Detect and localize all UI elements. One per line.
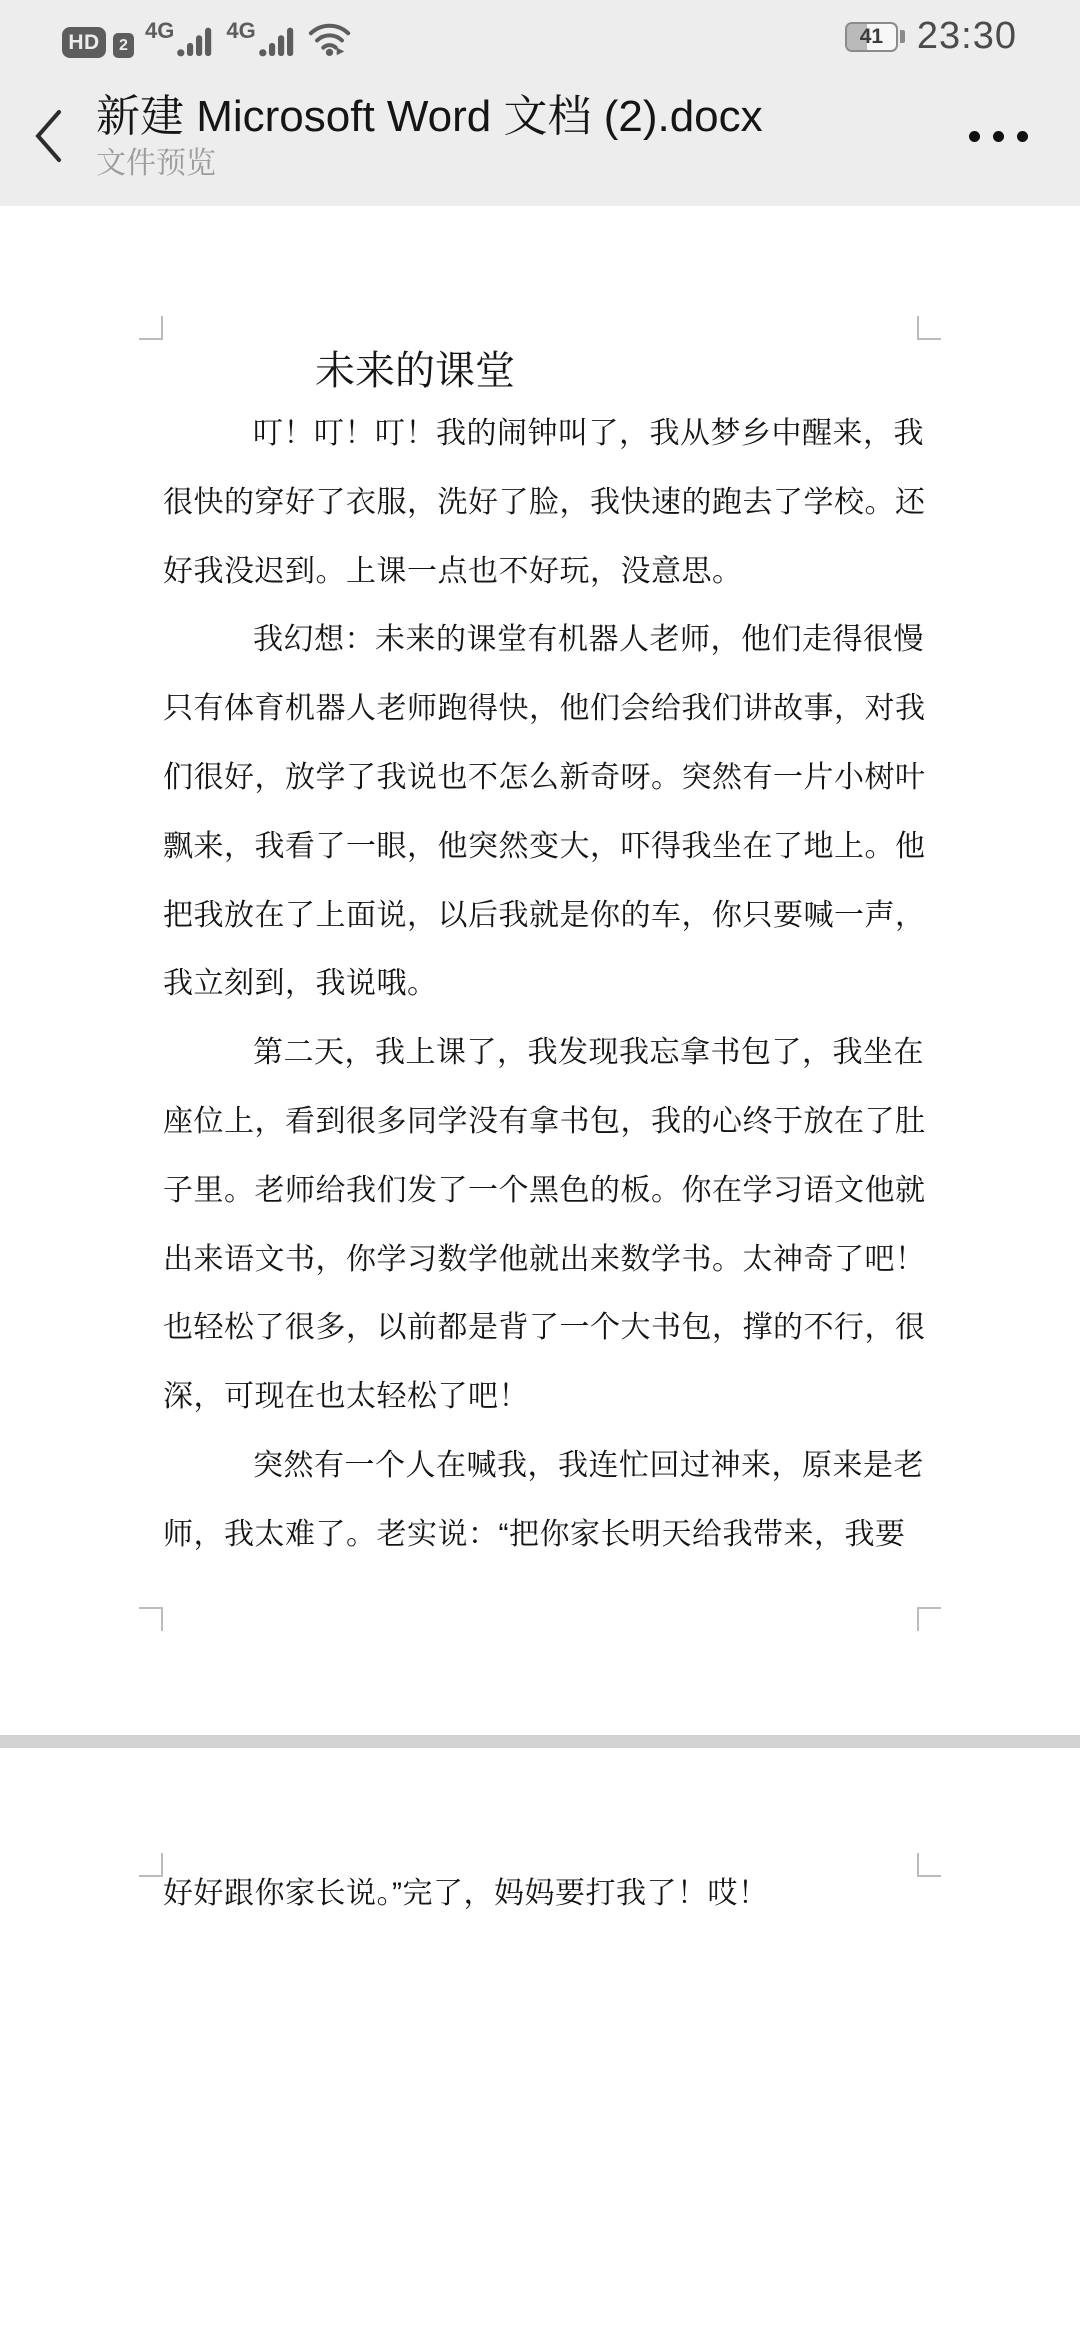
signal-bars-icon	[177, 22, 215, 58]
status-bar-left: HD 2 4G 4G	[62, 20, 352, 58]
doc-line: 们很好，放学了我说也不怎么新奇呀。突然有一片小树叶	[163, 744, 923, 813]
page1: 未来的课堂 叮！叮！叮！我的闹钟叫了，我从梦乡中醒来，我 很快的穿好了衣服，洗好…	[163, 342, 923, 1570]
page-separator	[0, 1735, 1080, 1748]
back-button[interactable]	[0, 66, 96, 206]
network-type-label: 4G	[145, 18, 174, 44]
page2: 好好跟你家长说。”完了，妈妈要打我了！哎！	[163, 1868, 923, 1920]
doc-line: 只有体育机器人老师跑得快，他们会给我们讲故事，对我	[163, 675, 923, 744]
back-chevron-icon	[31, 107, 65, 165]
phone-screen: { "status_bar": { "hd_label": "HD", "hd_…	[0, 0, 1080, 2340]
doc-line: 子里。老师给我们发了一个黑色的板。你在学习语文他就	[163, 1157, 923, 1226]
more-options-icon	[969, 131, 980, 142]
doc-line: 飘来，我看了一眼，他突然变大，吓得我坐在了地上。他	[163, 813, 923, 882]
status-bar: HD 2 4G 4G	[0, 0, 1080, 66]
battery-nub	[900, 30, 905, 43]
doc-line: 很快的穿好了衣服，洗好了脸，我快速的跑去了学校。还	[163, 469, 923, 538]
wifi-icon	[308, 20, 352, 58]
network-sim2: 4G	[226, 22, 296, 58]
more-options-icon	[1017, 131, 1028, 142]
page2-lines: 好好跟你家长说。”完了，妈妈要打我了！哎！	[163, 1868, 923, 1920]
network-type-label: 4G	[226, 18, 255, 44]
doc-line: 师，我太难了。老实说：“把你家长明天给我带来，我要	[163, 1501, 923, 1570]
doc-line: 突然有一个人在喊我，我连忙回过神来，原来是老	[163, 1432, 923, 1501]
status-bar-right: 41 23:30	[845, 15, 1017, 58]
doc-line: 好好跟你家长说。”完了，妈妈要打我了！哎！	[163, 1868, 923, 1920]
app-header: 新建 Microsoft Word 文档 (2).docx 文件预览	[0, 66, 1080, 206]
page1-corner-mark-top-left	[139, 316, 163, 340]
top-chrome: HD 2 4G 4G	[0, 0, 1080, 206]
doc-line: 好我没迟到。上课一点也不好玩，没意思。	[163, 538, 923, 607]
signal-bars-icon	[259, 22, 297, 58]
doc-line: 把我放在了上面说，以后我就是你的车，你只要喊一声，	[163, 882, 923, 951]
doc-line: 第二天，我上课了，我发现我忘拿书包了，我坐在	[163, 1019, 923, 1088]
more-options-button[interactable]	[965, 113, 1032, 160]
doc-line: 出来语文书，你学习数学他就出来数学书。太神奇了吧！	[163, 1226, 923, 1295]
hd-volte-icon: HD	[62, 27, 106, 58]
doc-line: 深，可现在也太轻松了吧！	[163, 1363, 923, 1432]
doc-line: 叮！叮！叮！我的闹钟叫了，我从梦乡中醒来，我	[163, 400, 923, 469]
doc-line: 座位上，看到很多同学没有拿书包，我的心终于放在了肚	[163, 1088, 923, 1157]
battery-icon: 41	[845, 22, 898, 52]
doc-line: 我幻想：未来的课堂有机器人老师，他们走得很慢	[163, 606, 923, 675]
document-title: 未来的课堂	[163, 342, 923, 400]
sim2-badge-icon: 2	[113, 33, 134, 58]
doc-line: 我立刻到，我说哦。	[163, 950, 923, 1019]
page2-corner-mark-top-left	[139, 1853, 163, 1877]
file-title: 新建 Microsoft Word 文档 (2).docx	[96, 92, 763, 142]
page1-corner-mark-bottom-right	[917, 1607, 941, 1631]
page1-lines: 叮！叮！叮！我的闹钟叫了，我从梦乡中醒来，我 很快的穿好了衣服，洗好了脸，我快速…	[163, 400, 923, 1570]
page1-corner-mark-top-right	[917, 316, 941, 340]
clock: 23:30	[917, 15, 1017, 58]
doc-line: 也轻松了很多，以前都是背了一个大书包，撑的不行，很	[163, 1294, 923, 1363]
page1-corner-mark-bottom-left	[139, 1607, 163, 1631]
file-preview-label: 文件预览	[96, 147, 763, 181]
battery-percent: 41	[847, 24, 896, 50]
network-sim1: 4G	[145, 22, 215, 58]
more-options-icon	[993, 131, 1004, 142]
header-text: 新建 Microsoft Word 文档 (2).docx 文件预览	[96, 92, 763, 181]
document-preview[interactable]: 未来的课堂 叮！叮！叮！我的闹钟叫了，我从梦乡中醒来，我 很快的穿好了衣服，洗好…	[0, 206, 1080, 2340]
